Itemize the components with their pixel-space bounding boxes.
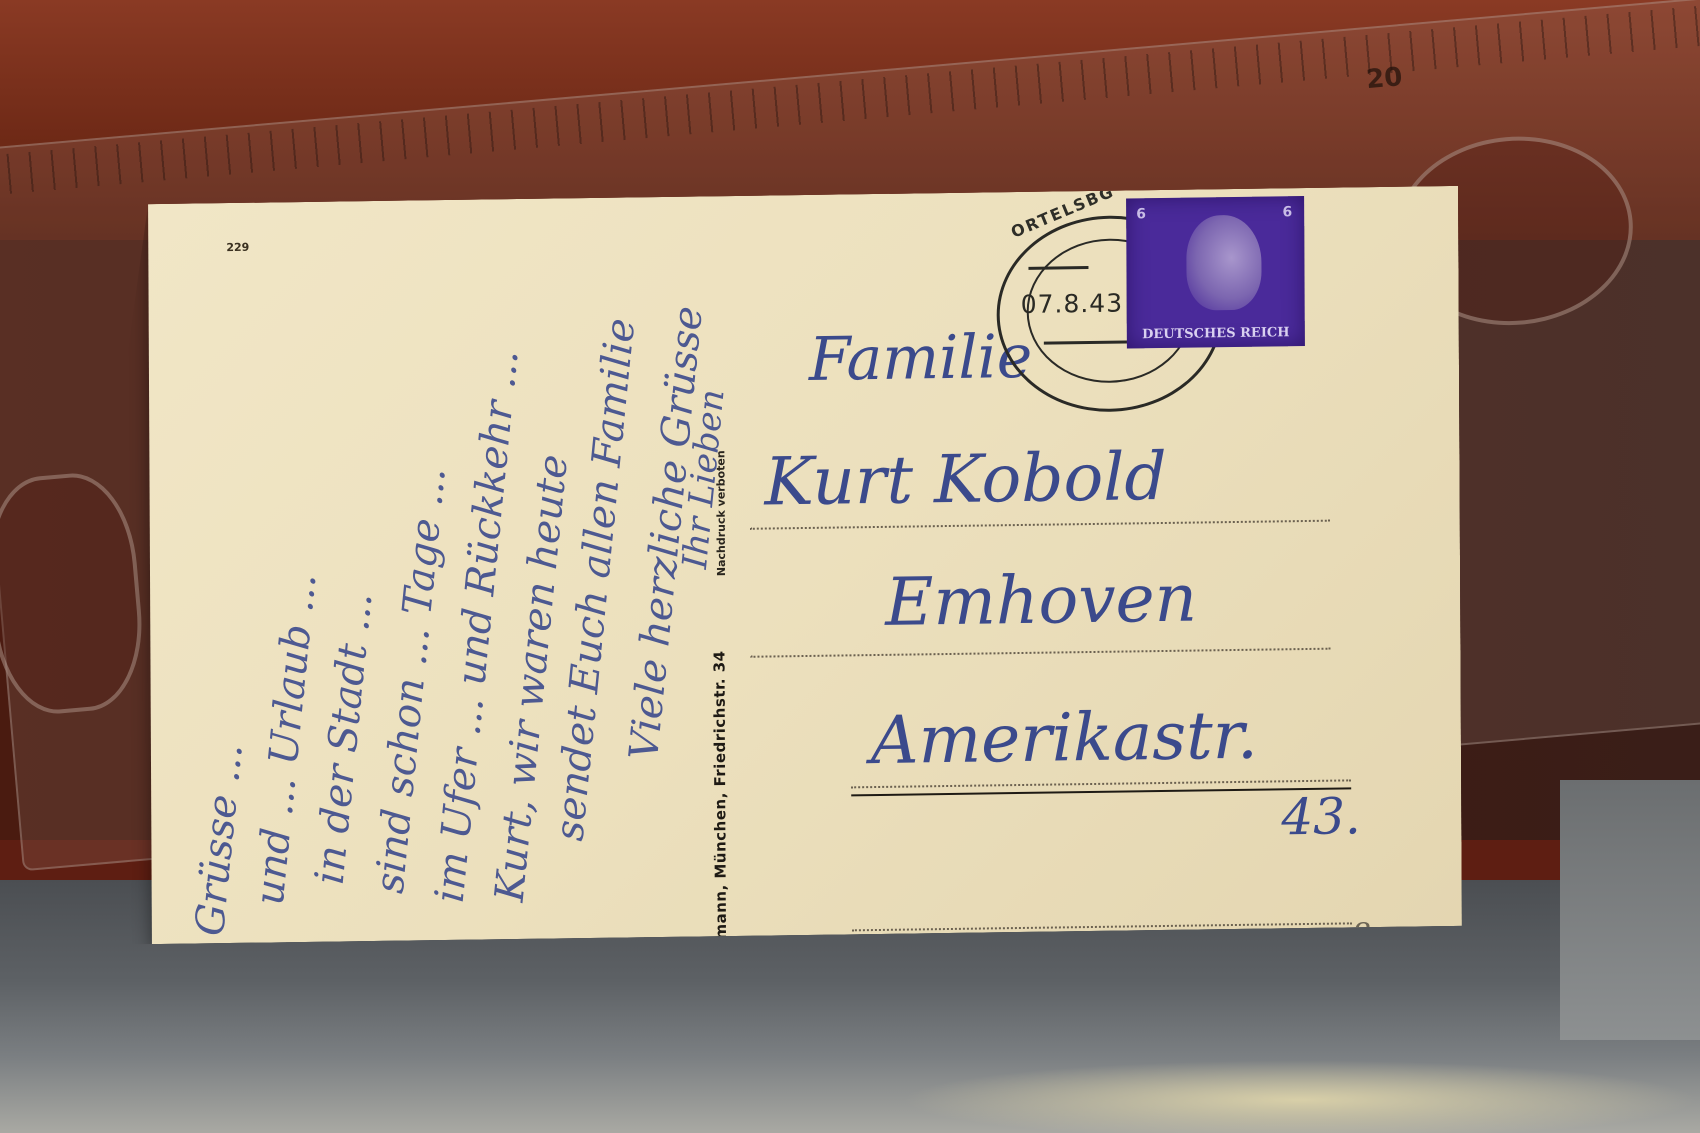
address-underline	[851, 787, 1351, 796]
stamp-value-left: 6	[1136, 206, 1146, 222]
address-line-2	[750, 648, 1330, 658]
stamp-value-right: 6	[1282, 204, 1292, 220]
stamp-country: DEUTSCHES REICH	[1127, 325, 1305, 342]
address-town: Emhoven	[885, 560, 1197, 641]
address-house-number: 43.	[1281, 787, 1361, 846]
address-line-1	[750, 520, 1330, 530]
postmark-date: 07.8.43	[1021, 289, 1124, 319]
ruler-hole-curve	[0, 469, 149, 719]
postcard: 229 Ihr Lieben Viele herzliche Grüsse se…	[148, 186, 1462, 944]
postage-stamp: 6 6 DEUTSCHES REICH	[1126, 196, 1305, 348]
reprint-notice: Nachdruck verboten	[714, 450, 728, 576]
ruler-number: 20	[1365, 62, 1404, 95]
address-line-3	[851, 779, 1351, 788]
stamp-portrait	[1186, 215, 1261, 311]
light-glare	[900, 1060, 1700, 1133]
photo-scene: 20 229 Ihr Lieben Viele herzliche Grüsse…	[0, 0, 1700, 1133]
message-line: Grüsse ...	[187, 742, 252, 938]
card-number: 229	[226, 241, 249, 254]
address-street: Amerikastr.	[871, 697, 1258, 779]
address-name: Kurt Kobold	[764, 438, 1166, 521]
fabric-edge	[1560, 780, 1700, 1040]
